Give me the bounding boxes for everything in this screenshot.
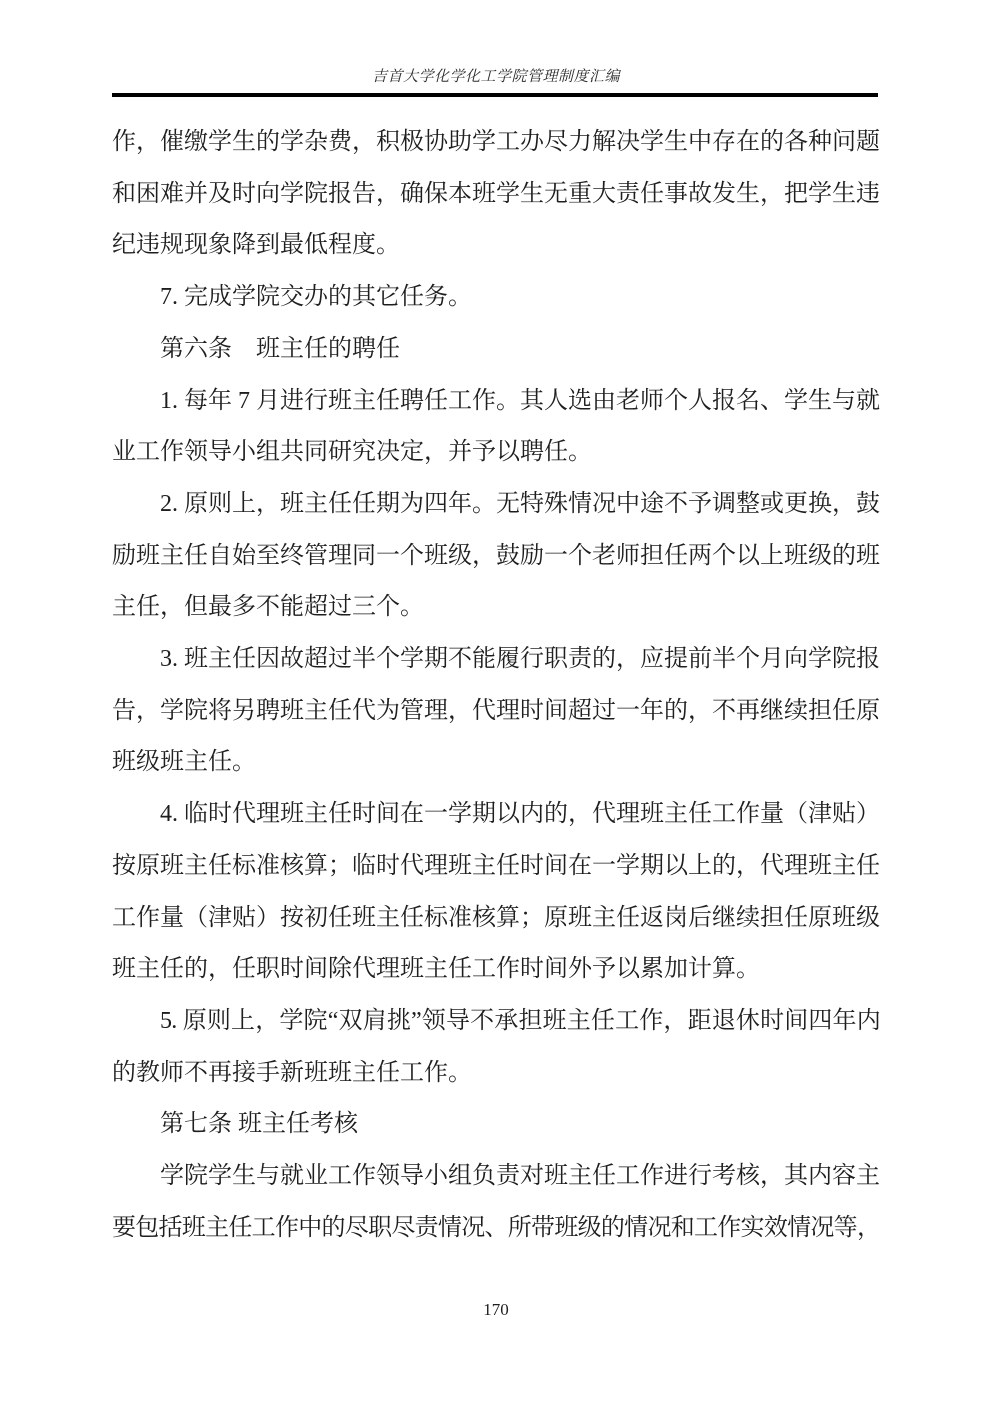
page-number: 170 xyxy=(483,1300,509,1319)
text-line: 班主任的，任职时间除代理班主任工作时间外予以累加计算。 xyxy=(112,944,880,996)
text-line: 主任，但最多不能超过三个。 xyxy=(112,582,880,634)
section-heading: 第七条 班主任考核 xyxy=(112,1099,880,1151)
text-line: 纪违规现象降到最低程度。 xyxy=(112,220,880,272)
text-line: 5. 原则上，学院“双肩挑”领导不承担班主任工作，距退休时间四年内 xyxy=(112,996,880,1048)
running-header-title: 吉首大学化学化工学院管理制度汇编 xyxy=(0,66,992,88)
text-line: 工作量（津贴）按初任班主任标准核算；原班主任返岗后继续担任原班级 xyxy=(112,893,880,945)
text-line: 业工作领导小组共同研究决定，并予以聘任。 xyxy=(112,427,880,479)
text-line: 3. 班主任因故超过半个学期不能履行职责的，应提前半个月向学院报 xyxy=(112,634,880,686)
document-body: 作，催缴学生的学杂费，积极协助学工办尽力解决学生中存在的各种问题 和困难并及时向… xyxy=(112,117,880,1254)
text-line: 学院学生与就业工作领导小组负责对班主任工作进行考核，其内容主 xyxy=(112,1151,880,1203)
text-line: 的教师不再接手新班班主任工作。 xyxy=(112,1048,880,1100)
text-line: 2. 原则上，班主任任期为四年。无特殊情况中途不予调整或更换，鼓 xyxy=(112,479,880,531)
header-rule xyxy=(112,93,878,97)
text-line: 7. 完成学院交办的其它任务。 xyxy=(112,272,880,324)
document-page: 吉首大学化学化工学院管理制度汇编 作，催缴学生的学杂费，积极协助学工办尽力解决学… xyxy=(0,0,992,1403)
text-line: 按原班主任标准核算；临时代理班主任时间在一学期以上的，代理班主任 xyxy=(112,841,880,893)
text-line: 励班主任自始至终管理同一个班级，鼓励一个老师担任两个以上班级的班 xyxy=(112,531,880,583)
section-heading: 第六条 班主任的聘任 xyxy=(112,324,880,376)
text-line: 1. 每年 7 月进行班主任聘任工作。其人选由老师个人报名、学生与就 xyxy=(112,376,880,428)
text-line: 和困难并及时向学院报告，确保本班学生无重大责任事故发生，把学生违 xyxy=(112,169,880,221)
text-line: 作，催缴学生的学杂费，积极协助学工办尽力解决学生中存在的各种问题 xyxy=(112,117,880,169)
page-footer: 170 xyxy=(0,1298,992,1322)
text-line: 班级班主任。 xyxy=(112,737,880,789)
text-line: 要包括班主任工作中的尽职尽责情况、所带班级的情况和工作实效情况等， xyxy=(112,1203,880,1255)
text-line: 4. 临时代理班主任时间在一学期以内的，代理班主任工作量（津贴） xyxy=(112,789,880,841)
text-line: 告，学院将另聘班主任代为管理，代理时间超过一年的，不再继续担任原 xyxy=(112,686,880,738)
